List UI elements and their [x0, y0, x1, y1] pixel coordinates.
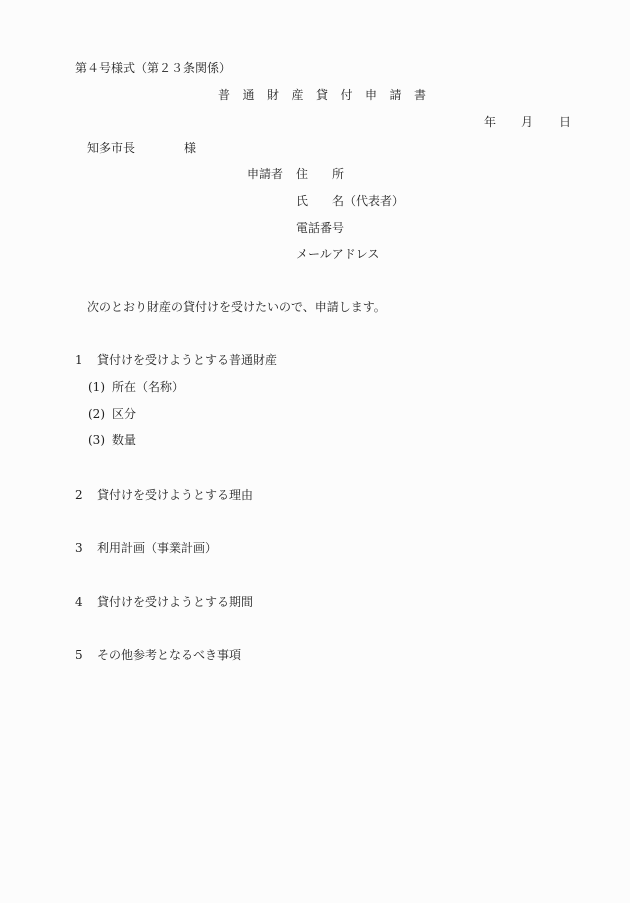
section-label: その他参考となるべき事項 [97, 648, 241, 662]
subitem-label: 所在（名称） [112, 380, 184, 394]
subitem-number: (2) [88, 407, 112, 421]
date-day-label: 日 [559, 115, 571, 129]
section-1-subitem-1: (1)所在（名称） [88, 380, 184, 394]
addressee-honorific: 様 [184, 141, 196, 155]
section-number: 5 [75, 648, 97, 662]
section-label: 貸付けを受けようとする普通財産 [97, 353, 277, 367]
section-label: 利用計画（事業計画） [97, 541, 217, 555]
subitem-label: 区分 [112, 407, 136, 421]
section-5: 5その他参考となるべき事項 [75, 648, 241, 662]
applicant-email-label: メールアドレス [296, 247, 379, 261]
date-month-label: 月 [521, 115, 533, 129]
section-1-subitem-3: (3)数量 [88, 433, 136, 447]
subitem-number: (3) [88, 433, 112, 447]
section-number: 4 [75, 595, 97, 609]
section-1: 1貸付けを受けようとする普通財産 [75, 353, 277, 367]
section-1-subitem-2: (2)区分 [88, 407, 136, 421]
section-number: 1 [75, 353, 97, 367]
section-number: 3 [75, 541, 97, 555]
intro-text: 次のとおり財産の貸付けを受けたいので、申請します。 [87, 300, 386, 314]
section-4: 4貸付けを受けようとする期間 [75, 595, 253, 609]
applicant-label: 申請者 [247, 167, 283, 181]
section-3: 3利用計画（事業計画） [75, 541, 217, 555]
document-title: 普通財産貸付申請書 [218, 88, 439, 102]
subitem-number: (1) [88, 380, 112, 394]
applicant-name-label: 氏 名（代表者） [296, 194, 404, 208]
date-year-label: 年 [484, 115, 496, 129]
section-number: 2 [75, 488, 97, 502]
section-2: 2貸付けを受けようとする理由 [75, 488, 253, 502]
form-number: 第４号様式（第２３条関係） [75, 61, 231, 75]
subitem-label: 数量 [112, 433, 136, 447]
section-label: 貸付けを受けようとする期間 [97, 595, 253, 609]
section-label: 貸付けを受けようとする理由 [97, 488, 253, 502]
applicant-address-label: 住 所 [296, 167, 344, 181]
applicant-phone-label: 電話番号 [296, 221, 344, 235]
addressee-name: 知多市長 [87, 141, 135, 155]
